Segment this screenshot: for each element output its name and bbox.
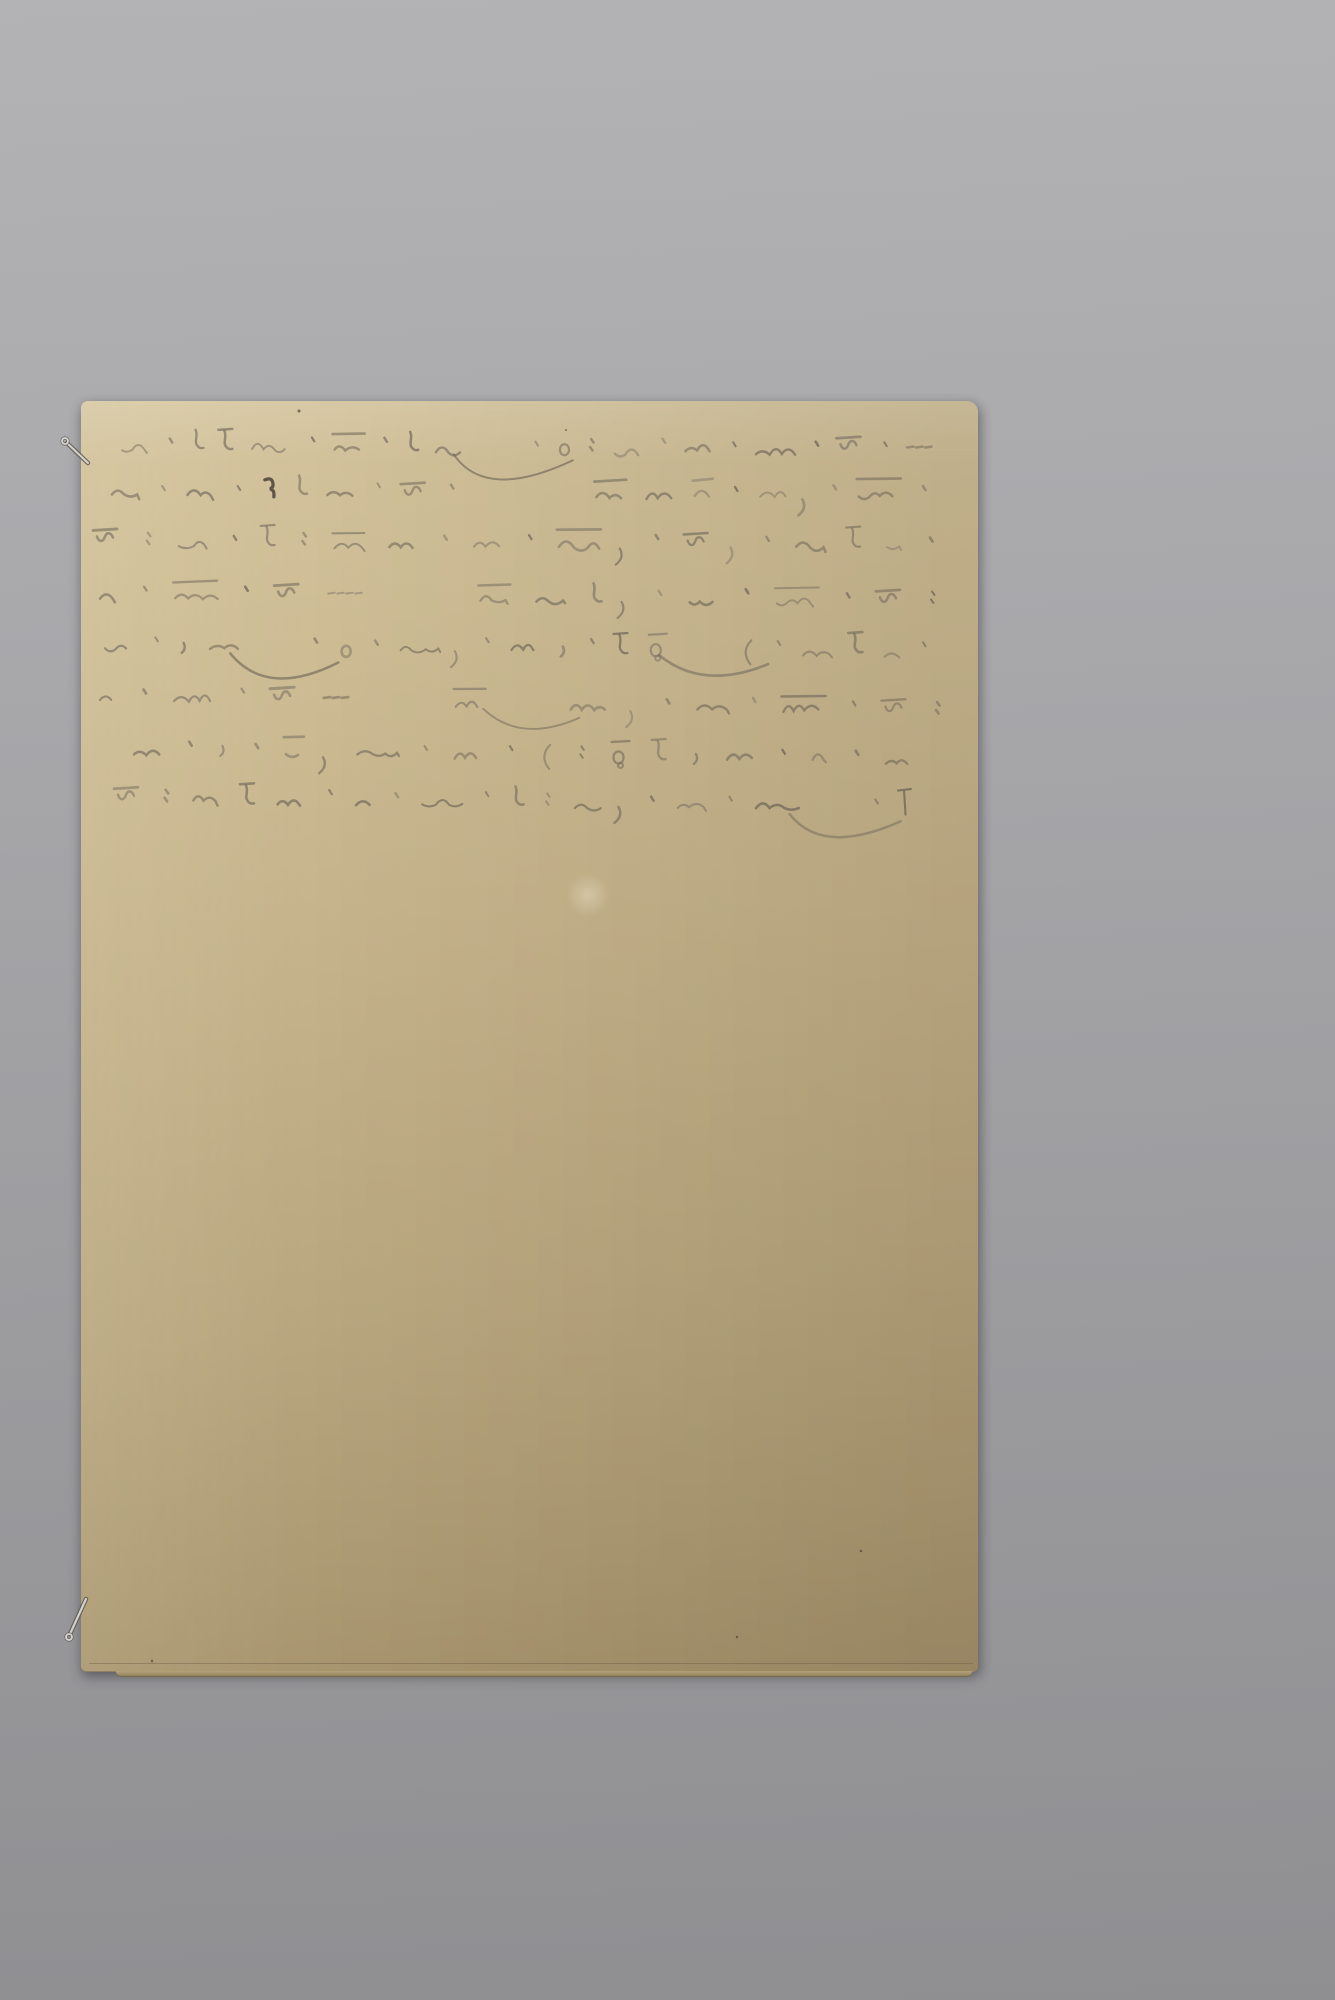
handwriting-line: [122, 429, 932, 480]
paper-speck: [860, 1550, 863, 1553]
handwriting-line: [93, 525, 933, 565]
handwriting-line: [100, 687, 940, 729]
handwriting-line: [100, 581, 935, 618]
handwriting-overlay: [0, 0, 1335, 2000]
handwriting-line: [112, 476, 926, 516]
paper-speck: [565, 429, 567, 431]
paper-speck: [298, 410, 301, 413]
photograph: [0, 0, 1335, 2000]
paper-speck: [736, 1636, 739, 1639]
handwritten-text: [93, 429, 940, 837]
handwriting-line: [105, 632, 926, 678]
handwriting-line: [134, 737, 907, 774]
paper-marks: [151, 410, 863, 1663]
staple: [66, 1599, 86, 1640]
staple: [62, 438, 88, 463]
paper-speck: [151, 1660, 154, 1663]
handwriting-line: [114, 783, 911, 837]
staples: [62, 438, 88, 1640]
paper-light-spot: [566, 873, 610, 917]
